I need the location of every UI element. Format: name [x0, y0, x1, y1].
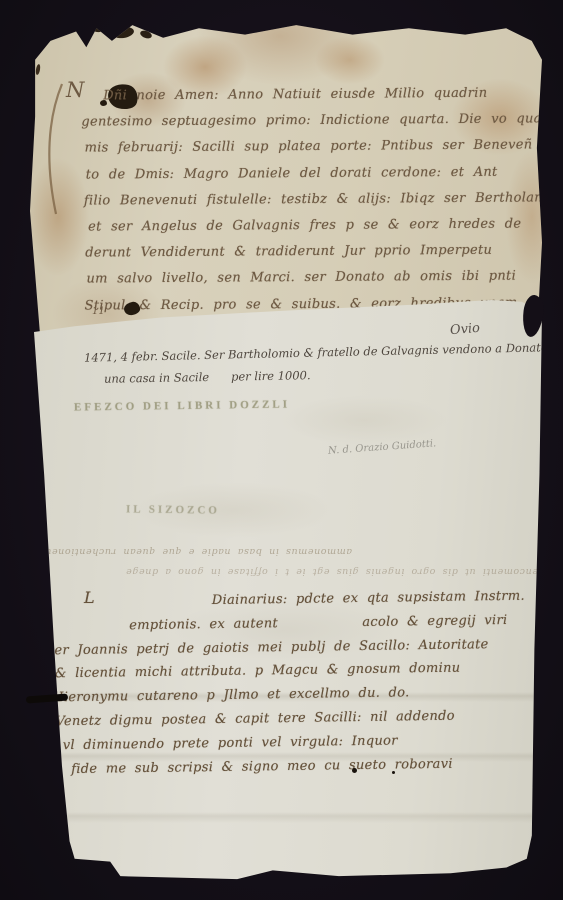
showthrough-text-line2: encomenti ut dis ogro ingenis gius egt i…: [38, 566, 538, 577]
paper-lower-sheet: Ovio 1471, 4 febr. Sacile. Ser Bartholom…: [34, 300, 542, 882]
photo-background: N Dñi noie Amen: Anno Natiuit eiusde Mil…: [0, 0, 563, 900]
latin-text-lower: Diainarius: pdcte ex qta supsistam Instr…: [47, 585, 530, 782]
marginal-mark-11: 11: [92, 306, 105, 317]
margin-flourish: [42, 80, 68, 220]
manuscript-line: filio Benevenuti fistulelle: testibz & a…: [84, 185, 534, 214]
manuscript-line: to de Dmis: Magro Daniele del dorati cer…: [86, 159, 534, 188]
manuscript-line: derunt Vendiderunt & tradiderunt Jur ppr…: [85, 238, 534, 267]
manuscript-line: um salvo livello, sen Marci. ser Donato …: [86, 264, 534, 293]
parchment-upper-sheet: N Dñi noie Amen: Anno Natiuit eiusde Mil…: [30, 22, 542, 337]
pencil-signature: N. d. Orazio Guidotti.: [328, 438, 437, 457]
faint-stamp-lower: IL SIZOZCO: [126, 503, 220, 516]
manuscript-line: et ser Angelus de Galvagnis fres p se & …: [88, 211, 534, 240]
showthrough-text-line1: ammonemus in basa nadie e que quean ruch…: [42, 546, 352, 557]
burn-mark: [111, 26, 134, 40]
burn-mark: [139, 29, 153, 40]
ink-speck: [35, 64, 41, 76]
archivist-note-line1: 1471, 4 febr. Sacile. Ser Bartholomio & …: [84, 341, 504, 365]
manuscript-line: mis februarij: Sacilli sup platea porte:…: [84, 133, 533, 162]
burn-mark: [89, 22, 105, 34]
archivist-note-line2: una casa in Sacile per lire 1000.: [104, 368, 311, 386]
faint-stamp-upper: EFEZCO DEI LIBRI DOZZLI: [74, 398, 290, 413]
ink-dot: [352, 768, 357, 773]
manuscript-line: gentesimo septuagesimo primo: Indictione…: [81, 107, 533, 136]
ovio-annotation: Ovio: [449, 321, 480, 339]
ink-dot: [392, 771, 395, 774]
manuscript-line: Dñi noie Amen: Anno Natiuit eiusde Milli…: [103, 80, 533, 109]
